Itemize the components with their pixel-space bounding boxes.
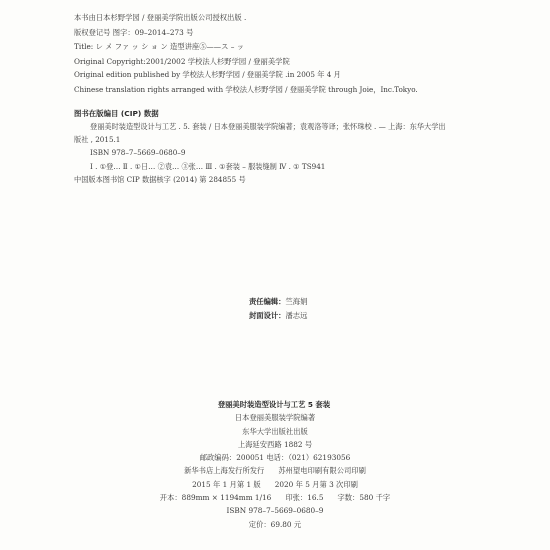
registration-number-line: 版权登记号 图字：09–2014–273 号 xyxy=(74,28,290,43)
colophon-printing: 2020 年 5 月第 3 次印刷 xyxy=(275,480,358,489)
colophon-publisher: 东华大学出版社出版 xyxy=(0,427,550,440)
editor-name: 竺海娟 xyxy=(285,297,307,306)
original-title-line: Title: レ メ ファ ッ シ ョ ン 造型讲座⑤——ス – ッ xyxy=(74,42,290,57)
colophon-edition-row: 2015 年 1 月第 1 版2020 年 5 月第 3 次印刷 xyxy=(0,480,550,493)
cip-entry-line1: 登丽美时装造型设计与工艺 . 5. 套装 / 日本登丽美服装学院编著；袁观洛等译… xyxy=(74,122,494,135)
original-copyright-line: Original Copyright:2001/2002 学校法人杉野学园 / … xyxy=(74,57,290,72)
original-edition-line: Original edition published by 学校法人杉野学园 /… xyxy=(74,70,418,85)
rights-block: Original edition published by 学校法人杉野学园 /… xyxy=(74,70,418,99)
copyright-block: 本书由日本杉野学园 / 登丽美学院出版公司授权出版 . 版权登记号 图字：09–… xyxy=(74,13,290,71)
colophon-author: 日本登丽美服装学院编著 xyxy=(0,413,550,426)
cip-isbn: ISBN 978–7–5669–0680–9 xyxy=(74,148,494,161)
cip-title: 图书在版编目 (CIP) 数据 xyxy=(74,108,494,122)
colophon-specs-row: 开本：889mm × 1194mm 1/16印张：16.5字数：580 千字 xyxy=(0,493,550,506)
cover-designer-row: 封面设计：潘志远 xyxy=(249,311,307,325)
colophon-words: 字数：580 千字 xyxy=(337,493,390,502)
colophon-block: 登丽美时装造型设计与工艺 5 套装 日本登丽美服装学院编著 东华大学出版社出版 … xyxy=(0,400,550,533)
cover-designer-name: 潘志远 xyxy=(285,311,307,320)
colophon-book-title: 登丽美时装造型设计与工艺 5 套装 xyxy=(0,400,550,413)
cip-number: 中国版本图书馆 CIP 数据核字 (2014) 第 284855 号 xyxy=(74,175,494,188)
colophon-sheets: 印张：16.5 xyxy=(285,493,323,502)
cip-classification: Ⅰ . ①登… Ⅱ . ①日… ②袁… ③张… Ⅲ . ①套装 – 服装缝制 Ⅳ… xyxy=(74,162,494,175)
colophon-edition: 2015 年 1 月第 1 版 xyxy=(192,480,261,489)
cip-entry-line2: 版社 , 2015.1 xyxy=(74,135,494,148)
colophon-distribution: 新华书店上海发行所发行 xyxy=(184,466,264,475)
cover-designer-label: 封面设计： xyxy=(249,311,285,320)
colophon-postal: 邮政编码：200051 电话：（021）62193056 xyxy=(0,453,550,466)
colophon-price: 定价：69.80 元 xyxy=(0,520,550,533)
colophon-isbn: ISBN 978–7–5669–0680–9 xyxy=(0,506,550,519)
authorization-line: 本书由日本杉野学园 / 登丽美学院出版公司授权出版 . xyxy=(74,13,290,28)
cip-data-block: 图书在版编目 (CIP) 数据 登丽美时装造型设计与工艺 . 5. 套装 / 日… xyxy=(74,108,494,188)
colophon-printer: 苏州望电印刷有限公司印刷 xyxy=(278,466,366,475)
colophon-format: 开本：889mm × 1194mm 1/16 xyxy=(160,493,272,502)
editor-label: 责任编辑： xyxy=(249,297,285,306)
colophon-distribution-row: 新华书店上海发行所发行苏州望电印刷有限公司印刷 xyxy=(0,466,550,479)
editor-row: 责任编辑：竺海娟 xyxy=(249,297,307,311)
credits-block: 责任编辑：竺海娟 封面设计：潘志远 xyxy=(249,297,307,325)
copyright-page: 本书由日本杉野学园 / 登丽美学院出版公司授权出版 . 版权登记号 图字：09–… xyxy=(0,0,550,550)
colophon-address: 上海延安西路 1882 号 xyxy=(0,440,550,453)
translation-rights-line: Chinese translation rights arranged with… xyxy=(74,85,418,100)
